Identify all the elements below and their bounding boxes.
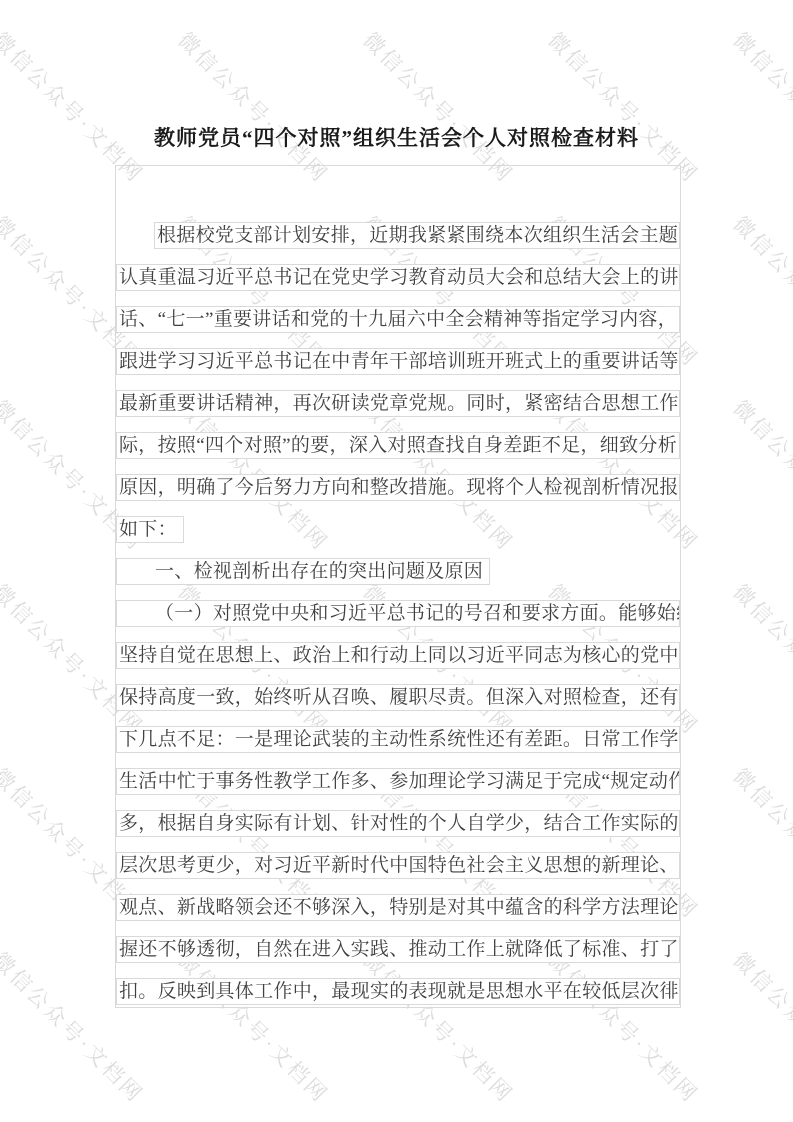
text-line: 认真重温习近平总书记在党史学习教育动员大会和总结大会上的讲 <box>116 264 680 291</box>
text-row: 观点、新战略领会还不够深入，特别是对其中蕴含的科学方法理论掌 <box>116 894 680 921</box>
text-row: 扣。反映到具体工作中，最现实的表现就是思想水平在较低层次徘徊， <box>116 978 680 1005</box>
document-body: 根据校党支部计划安排，近期我紧紧围绕本次组织生活会主题， 认真重温习近平总书记在… <box>115 165 681 1008</box>
text-row: 下几点不足：一是理论武装的主动性系统性还有差距。日常工作学习 <box>116 726 680 753</box>
text-row: 坚持自觉在思想上、政治上和行动上同以习近平同志为核心的党中央 <box>116 642 680 669</box>
text-row: 原因，明确了今后努力方向和整改措施。现将个人检视剖析情况报告 <box>116 474 680 501</box>
text-row: 跟进学习习近平总书记在中青年干部培训班开班式上的重要讲话等 <box>116 348 680 375</box>
text-line: 多，根据自身实际有计划、针对性的个人自学少，结合工作实际的深 <box>116 810 680 837</box>
page-title: 教师党员“四个对照”组织生活会个人对照检查材料 <box>0 122 793 152</box>
text-row: （一）对照党中央和习近平总书记的号召和要求方面。能够始终 <box>116 600 680 627</box>
text-line: 跟进学习习近平总书记在中青年干部培训班开班式上的重要讲话等 <box>116 348 680 375</box>
text-line: 坚持自觉在思想上、政治上和行动上同以习近平同志为核心的党中央 <box>116 642 680 669</box>
text-line: 生活中忙于事务性教学工作多、参加理论学习满足于完成“规定动作” <box>116 768 680 795</box>
text-line: （一）对照党中央和习近平总书记的号召和要求方面。能够始终 <box>116 600 680 627</box>
text-line: 如下： <box>116 516 184 543</box>
text-line: 握还不够透彻，自然在进入实践、推动工作上就降低了标准、打了折 <box>116 936 680 963</box>
text-row: 认真重温习近平总书记在党史学习教育动员大会和总结大会上的讲 <box>116 264 680 291</box>
text-line: 层次思考更少，对习近平新时代中国特色社会主义思想的新理论、新 <box>116 852 680 879</box>
text-row: 话、“七一”重要讲话和党的十九届六中全会精神等指定学习内容， <box>116 306 680 333</box>
text-row: 多，根据自身实际有计划、针对性的个人自学少，结合工作实际的深 <box>116 810 680 837</box>
text-row: 如下： <box>116 516 680 543</box>
text-row: 根据校党支部计划安排，近期我紧紧围绕本次组织生活会主题， <box>116 222 680 249</box>
section-heading: 一、检视剖析出存在的突出问题及原因 <box>116 558 490 585</box>
text-line: 下几点不足：一是理论武装的主动性系统性还有差距。日常工作学习 <box>116 726 680 753</box>
text-line: 最新重要讲话精神，再次研读党章党规。同时，紧密结合思想工作实 <box>116 390 680 417</box>
text-line: 观点、新战略领会还不够深入，特别是对其中蕴含的科学方法理论掌 <box>116 894 680 921</box>
text-line: 原因，明确了今后努力方向和整改措施。现将个人检视剖析情况报告 <box>116 474 680 501</box>
text-line: 根据校党支部计划安排，近期我紧紧围绕本次组织生活会主题， <box>154 222 680 249</box>
text-row: 一、检视剖析出存在的突出问题及原因 <box>116 558 680 585</box>
text-line: 保持高度一致，始终听从召唤、履职尽责。但深入对照检查，还有以 <box>116 684 680 711</box>
text-line: 扣。反映到具体工作中，最现实的表现就是思想水平在较低层次徘徊， <box>116 978 680 1005</box>
text-row: 最新重要讲话精神，再次研读党章党规。同时，紧密结合思想工作实 <box>116 390 680 417</box>
text-row: 生活中忙于事务性教学工作多、参加理论学习满足于完成“规定动作” <box>116 768 680 795</box>
text-row: 握还不够透彻，自然在进入实践、推动工作上就降低了标准、打了折 <box>116 936 680 963</box>
text-row: 际，按照“四个对照”的要，深入对照查找自身差距不足，细致分析 <box>116 432 680 459</box>
text-line: 际，按照“四个对照”的要，深入对照查找自身差距不足，细致分析 <box>116 432 680 459</box>
text-line: 话、“七一”重要讲话和党的十九届六中全会精神等指定学习内容， <box>116 306 680 333</box>
text-row: 保持高度一致，始终听从召唤、履职尽责。但深入对照检查，还有以 <box>116 684 680 711</box>
text-row: 层次思考更少，对习近平新时代中国特色社会主义思想的新理论、新 <box>116 852 680 879</box>
document-page: 教师党员“四个对照”组织生活会个人对照检查材料 根据校党支部计划安排，近期我紧紧… <box>0 0 793 1122</box>
